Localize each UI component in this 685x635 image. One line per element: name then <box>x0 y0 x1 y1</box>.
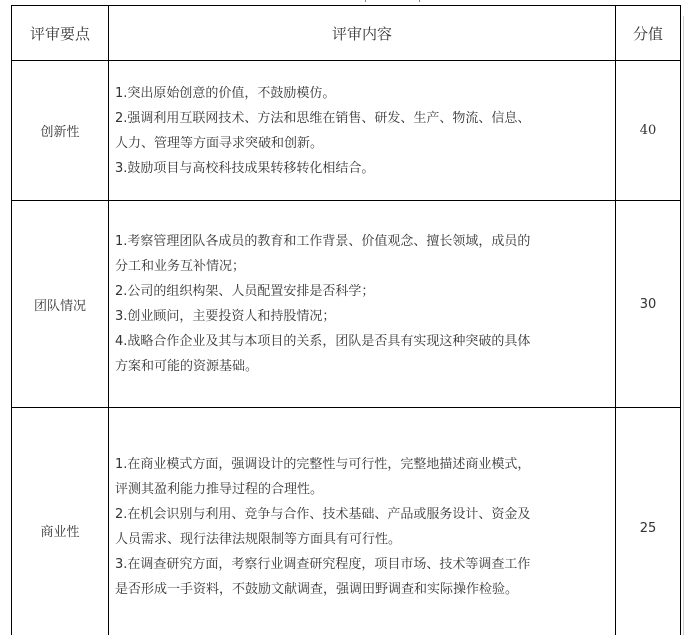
content-line: 3.在调查研究方面，考察行业调查研究程度，项目市场、技术等调查工作 <box>115 552 607 577</box>
table-header-row: 评审要点 评审内容 分值 <box>12 6 681 61</box>
row-content: 1.在商业模式方面，强调设计的完整性与可行性，完整地描述商业模式， 评测其盈利能… <box>109 408 616 635</box>
row-key: 创新性 <box>12 61 109 201</box>
content-line: 4.战略合作企业及其与本项目的关系，团队是否具有实现这种突破的具体 <box>115 329 607 354</box>
header-key: 评审要点 <box>12 6 109 61</box>
content-line: 是否形成一手资料，不鼓励文献调查，强调田野调查和实际操作检验。 <box>115 577 607 602</box>
residue-mark <box>419 0 420 2</box>
header-score: 分值 <box>616 6 681 61</box>
row-key: 商业性 <box>12 408 109 635</box>
content-line: 1.在商业模式方面，强调设计的完整性与可行性，完整地描述商业模式， <box>115 452 607 477</box>
row-content: 1.考察管理团队各成员的教育和工作背景、价值观念、擅长领域，成员的 分工和业务互… <box>109 201 616 408</box>
row-content: 1.突出原始创意的价值，不鼓励模仿。 2.强调利用互联网技术、方法和思维在销售、… <box>109 61 616 201</box>
review-criteria-table: 评审要点 评审内容 分值 创新性 1.突出原始创意的价值，不鼓励模仿。 2.强调… <box>11 5 681 635</box>
content-line: 方案和可能的资源基础。 <box>115 354 607 379</box>
page-right-edge-line <box>683 16 684 635</box>
row-score: 25 <box>616 408 681 635</box>
content-line: 分工和业务互补情况； <box>115 254 607 279</box>
row-key: 团队情况 <box>12 201 109 408</box>
content-line: 人员需求、现行法律法规限制等方面具有可行性。 <box>115 527 607 552</box>
table-row-commercial: 商业性 1.在商业模式方面，强调设计的完整性与可行性，完整地描述商业模式， 评测… <box>12 408 681 635</box>
content-line: 2.在机会识别与利用、竞争与合作、技术基础、产品或服务设计、资金及 <box>115 502 607 527</box>
content-line: 3.创业顾问，主要投资人和持股情况； <box>115 304 607 329</box>
content-line: 2.公司的组织构架、人员配置安排是否科学； <box>115 279 607 304</box>
content-line: 2.强调利用互联网技术、方法和思维在销售、研发、生产、物流、信息、 <box>115 106 607 131</box>
table-row-innovation: 创新性 1.突出原始创意的价值，不鼓励模仿。 2.强调利用互联网技术、方法和思维… <box>12 61 681 201</box>
residue-mark <box>365 0 366 2</box>
content-line: 3.鼓励项目与高校科技成果转移转化相结合。 <box>115 156 607 181</box>
header-content: 评审内容 <box>109 6 616 61</box>
row-score: 40 <box>616 61 681 201</box>
content-line: 1.考察管理团队各成员的教育和工作背景、价值观念、擅长领域，成员的 <box>115 229 607 254</box>
content-line: 评测其盈利能力推导过程的合理性。 <box>115 477 607 502</box>
content-line: 1.突出原始创意的价值，不鼓励模仿。 <box>115 81 607 106</box>
table-row-team: 团队情况 1.考察管理团队各成员的教育和工作背景、价值观念、擅长领域，成员的 分… <box>12 201 681 408</box>
row-score: 30 <box>616 201 681 408</box>
content-line: 人力、管理等方面寻求突破和创新。 <box>115 131 607 156</box>
